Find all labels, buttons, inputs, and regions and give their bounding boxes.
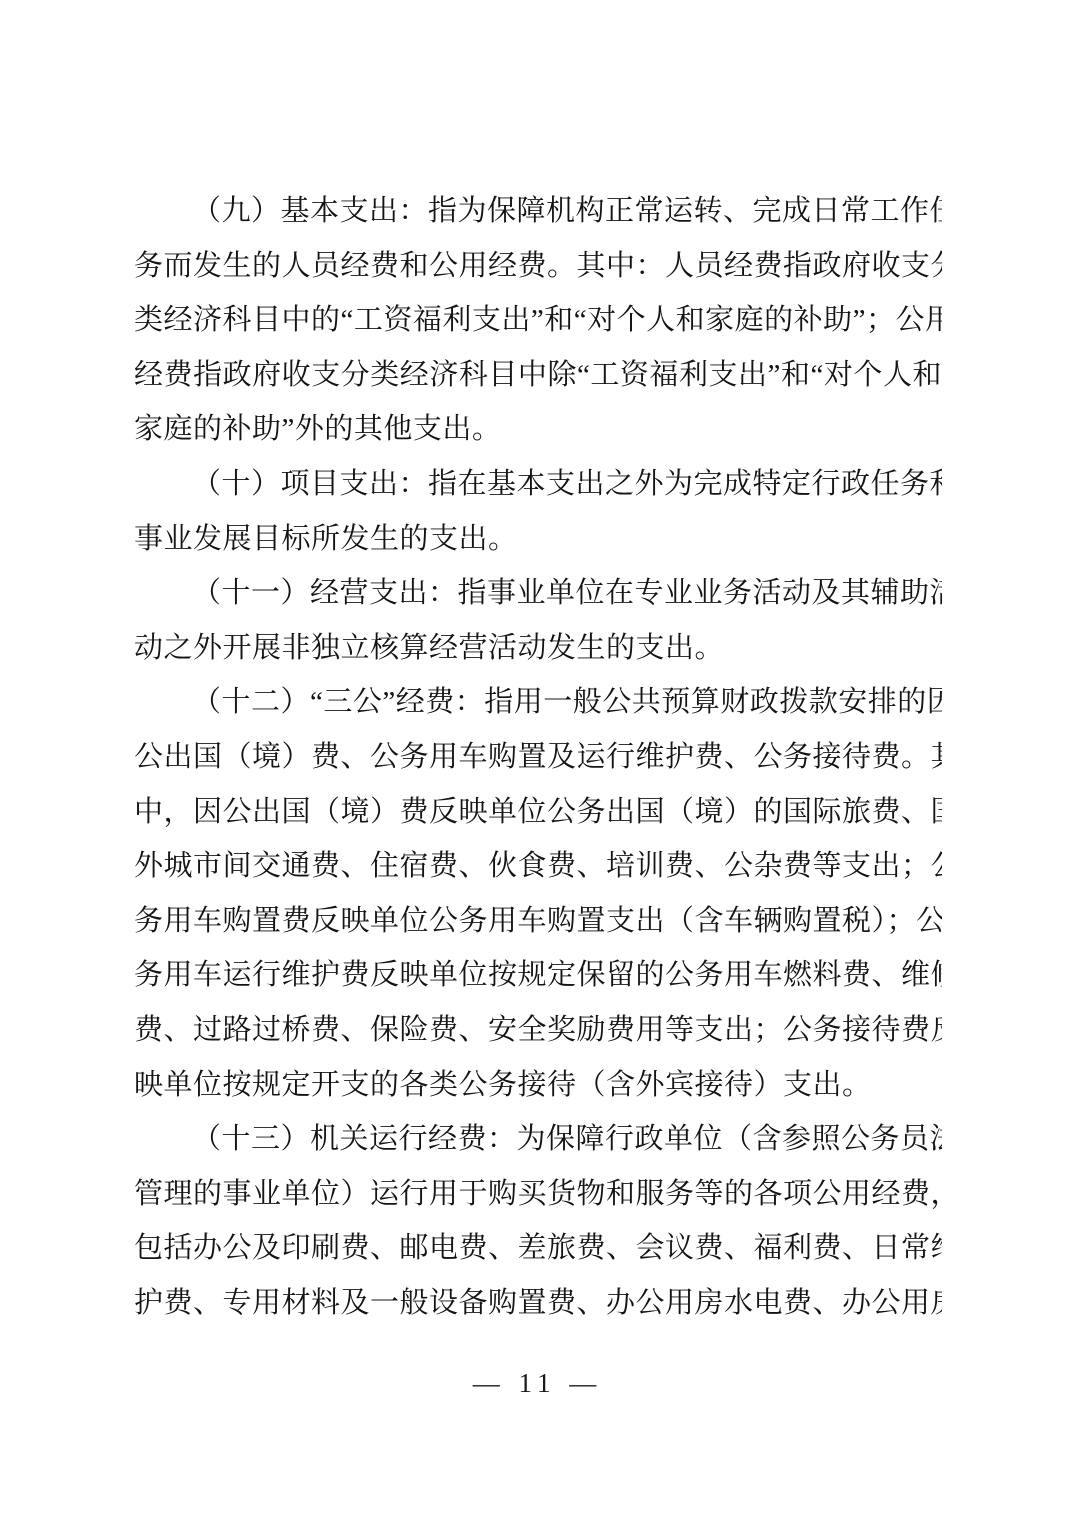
paragraph-line: 护费、专用材料及一般设备购置费、办公用房水电费、办公用房 <box>134 1276 942 1331</box>
paragraph-line: 费、过路过桥费、保险费、安全奖励费用等支出；公务接待费反 <box>134 1003 942 1058</box>
paragraph-operating-expenditure: （十一）经营支出：指事业单位在专业业务活动及其辅助活 动之外开展非独立核算经营活… <box>134 566 942 675</box>
paragraph-three-public-funds: （十二）“三公”经费：指用一般公共预算财政拨款安排的因 公出国（境）费、公务用车… <box>134 675 942 1112</box>
paragraph-line: 务用车运行维护费反映单位按规定保留的公务用车燃料费、维修 <box>134 948 942 1003</box>
paragraph-line: 动之外开展非独立核算经营活动发生的支出。 <box>134 621 942 676</box>
document-body: （九）基本支出：指为保障机构正常运转、完成日常工作任 务而发生的人员经费和公用经… <box>134 184 942 1330</box>
paragraph-project-expenditure: （十）项目支出：指在基本支出之外为完成特定行政任务和 事业发展目标所发生的支出。 <box>134 457 942 566</box>
paragraph-line: （九）基本支出：指为保障机构正常运转、完成日常工作任 <box>134 184 942 239</box>
paragraph-line: （十一）经营支出：指事业单位在专业业务活动及其辅助活 <box>134 566 942 621</box>
paragraph-basic-expenditure: （九）基本支出：指为保障机构正常运转、完成日常工作任 务而发生的人员经费和公用经… <box>134 184 942 457</box>
paragraph-line: （十三）机关运行经费：为保障行政单位（含参照公务员法 <box>134 1112 942 1167</box>
paragraph-line: （十二）“三公”经费：指用一般公共预算财政拨款安排的因 <box>134 675 942 730</box>
paragraph-agency-operating-funds: （十三）机关运行经费：为保障行政单位（含参照公务员法 管理的事业单位）运行用于购… <box>134 1112 942 1330</box>
document-page: （九）基本支出：指为保障机构正常运转、完成日常工作任 务而发生的人员经费和公用经… <box>0 0 1075 1521</box>
paragraph-line: 映单位按规定开支的各类公务接待（含外宾接待）支出。 <box>134 1058 942 1113</box>
paragraph-line: 经费指政府收支分类经济科目中除“工资福利支出”和“对个人和 <box>134 348 942 403</box>
paragraph-line: 外城市间交通费、住宿费、伙食费、培训费、公杂费等支出；公 <box>134 839 942 894</box>
paragraph-line: 中，因公出国（境）费反映单位公务出国（境）的国际旅费、国 <box>134 785 942 840</box>
paragraph-line: 家庭的补助”外的其他支出。 <box>134 402 942 457</box>
paragraph-line: 包括办公及印刷费、邮电费、差旅费、会议费、福利费、日常维 <box>134 1221 942 1276</box>
paragraph-line: 务用车购置费反映单位公务用车购置支出（含车辆购置税）；公 <box>134 894 942 949</box>
paragraph-line: （十）项目支出：指在基本支出之外为完成特定行政任务和 <box>134 457 942 512</box>
page-number: — 11 — <box>0 1368 1075 1399</box>
paragraph-line: 务而发生的人员经费和公用经费。其中：人员经费指政府收支分 <box>134 239 942 294</box>
paragraph-line: 公出国（境）费、公务用车购置及运行维护费、公务接待费。其 <box>134 730 942 785</box>
paragraph-line: 事业发展目标所发生的支出。 <box>134 512 942 567</box>
paragraph-line: 管理的事业单位）运行用于购买货物和服务等的各项公用经费， <box>134 1167 942 1222</box>
paragraph-line: 类经济科目中的“工资福利支出”和“对个人和家庭的补助”；公用 <box>134 293 942 348</box>
